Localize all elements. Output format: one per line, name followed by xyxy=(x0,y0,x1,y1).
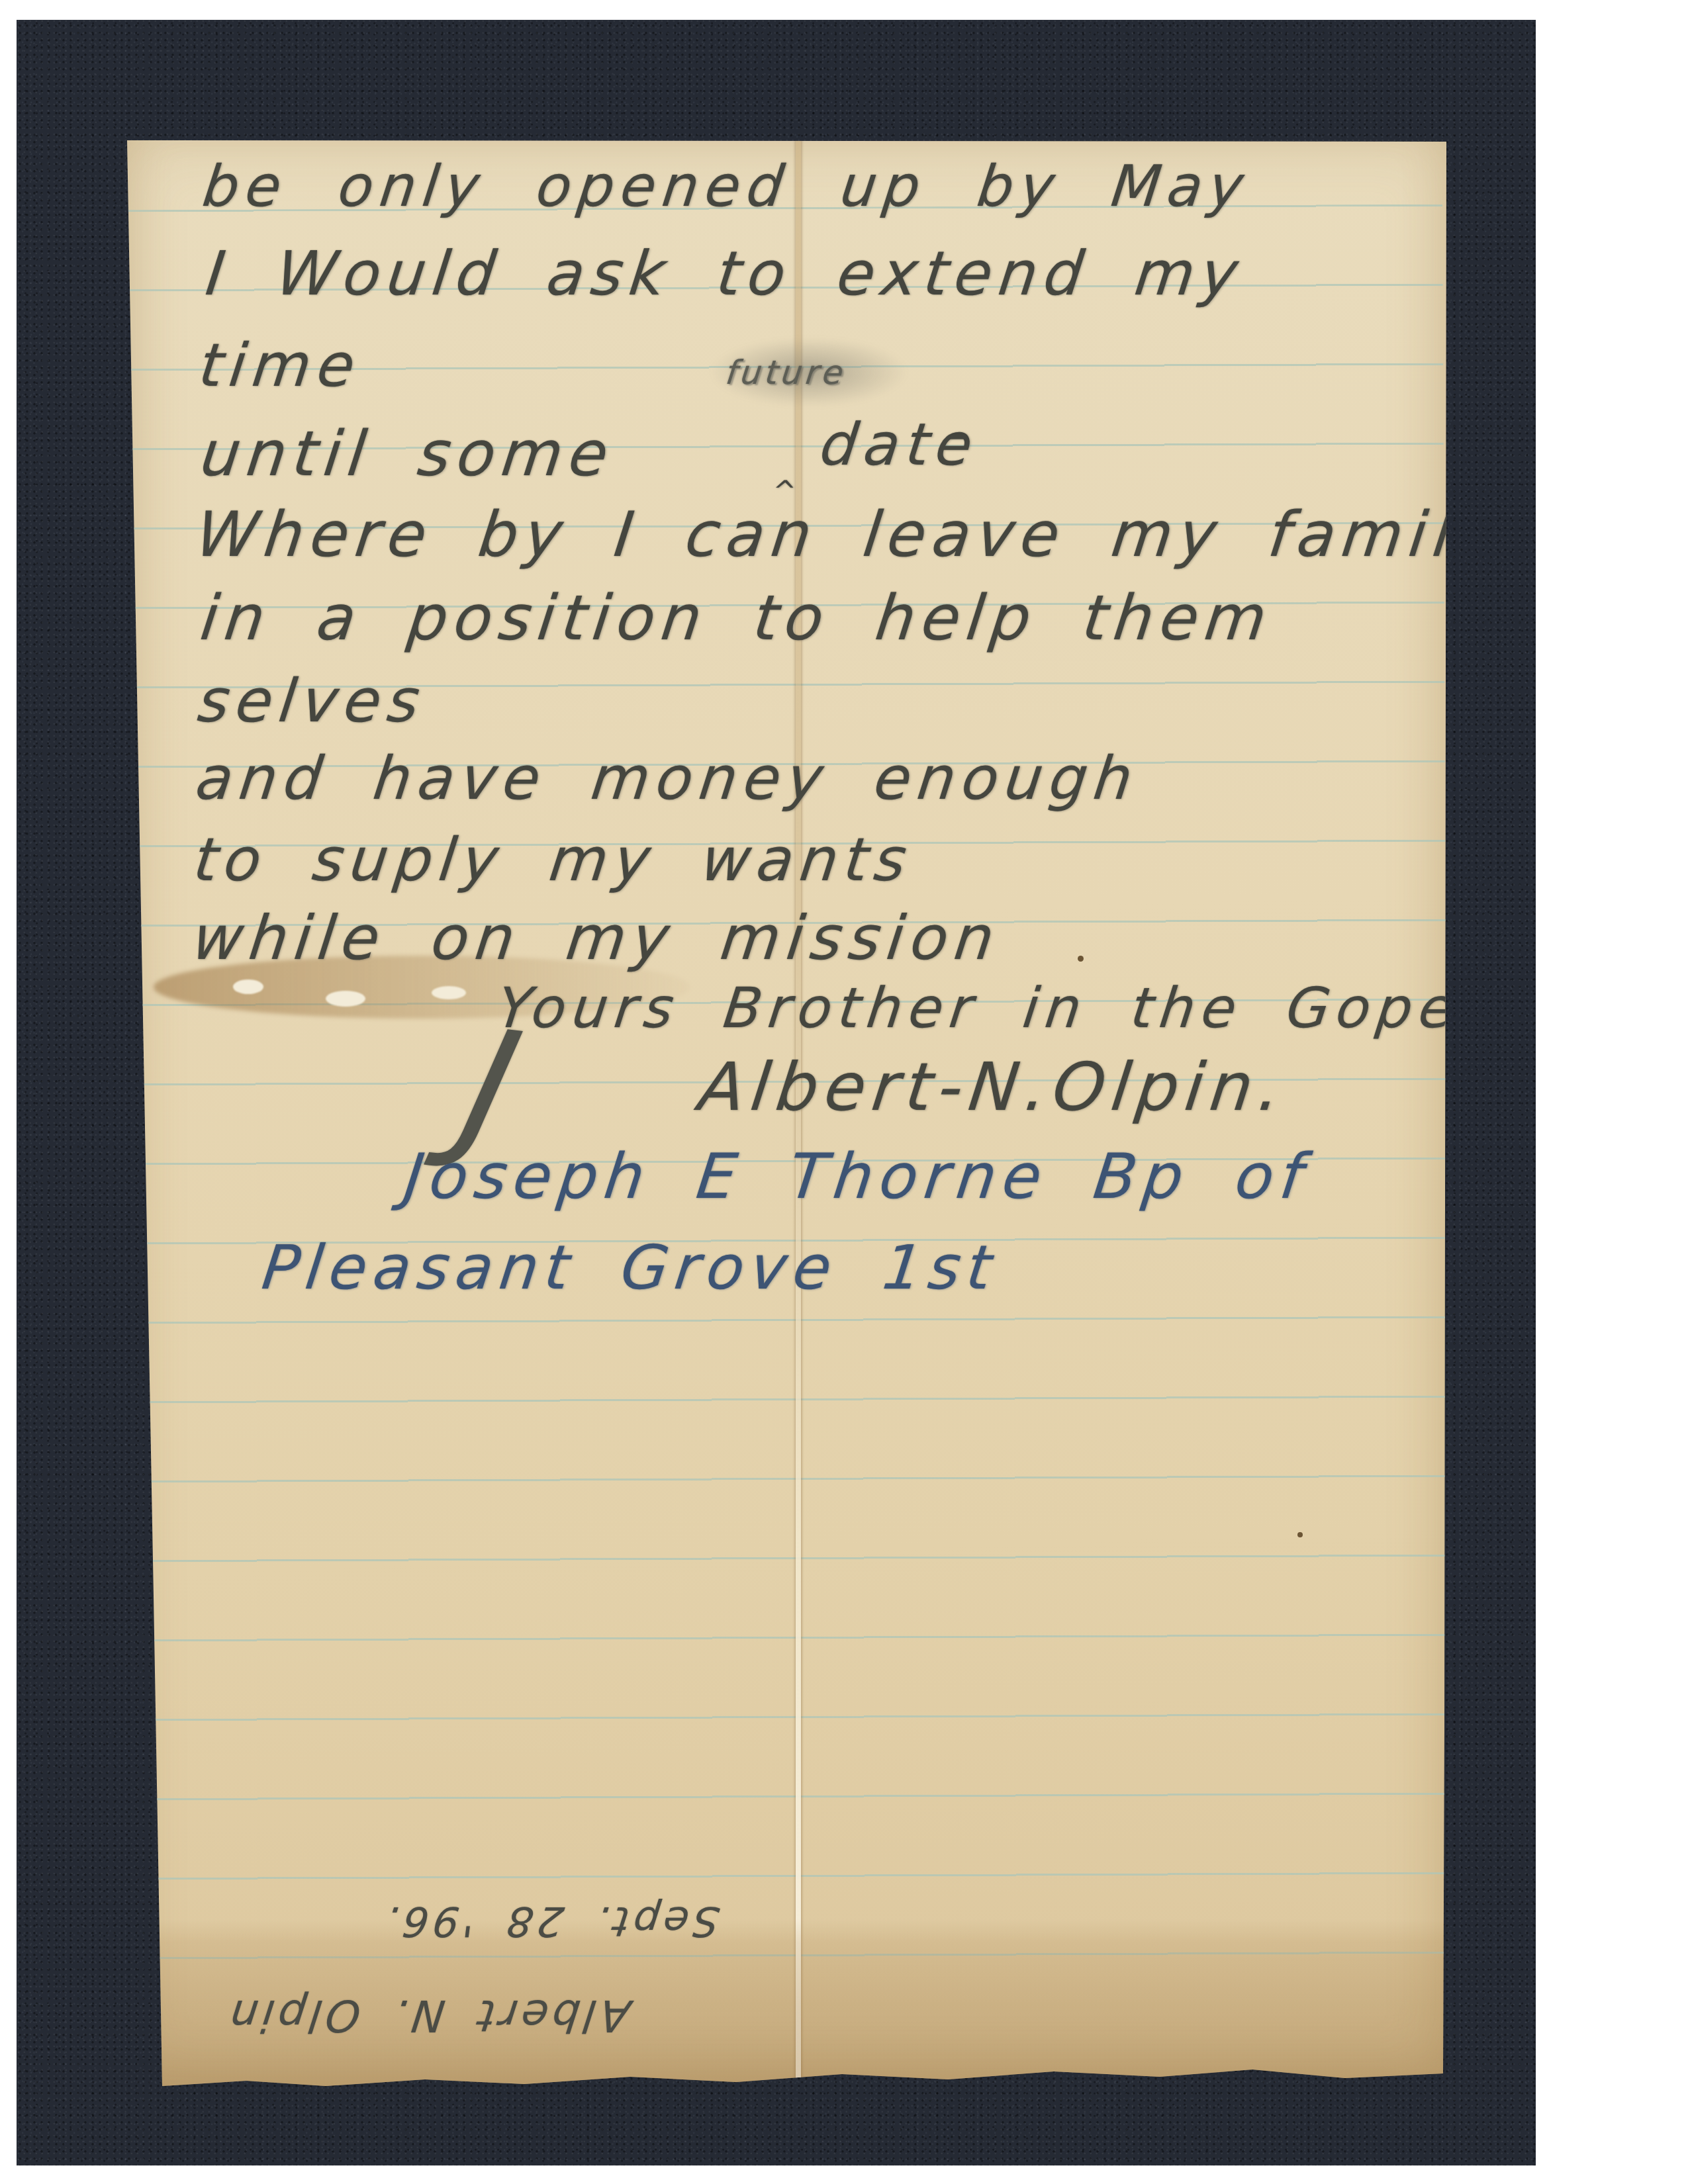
paper-damage-fleck xyxy=(326,991,365,1007)
pencil-signature: Albert-N.Olpin. xyxy=(695,1048,1291,1126)
paper-damage-fleck xyxy=(233,979,263,994)
endorsement-line-1: Joseph E Thorne Bp of xyxy=(400,1141,1313,1213)
closing-line: Yours Brother in the Gopel xyxy=(494,976,1486,1040)
letter-line-1: be only opened up by May xyxy=(199,154,1254,220)
foxing-speck xyxy=(1297,1532,1303,1537)
letter-paper: be only opened up by May I Would ask to … xyxy=(127,140,1446,2086)
inserted-word-future: future xyxy=(724,353,849,392)
letter-line-2: I Would ask to extend my xyxy=(202,238,1248,309)
letter-line-4: until some xyxy=(197,418,618,490)
letter-line-6: in a position to help them xyxy=(197,582,1277,655)
letter-line-3: time xyxy=(196,331,365,400)
letter-line-10: while on my mission xyxy=(189,903,1004,974)
letter-line-8: and have money enough xyxy=(193,744,1143,813)
scanned-letter-page: be only opened up by May I Would ask to … xyxy=(0,0,1688,2184)
paper-damage-fleck xyxy=(432,986,466,999)
letter-line-9: to suply my wants xyxy=(191,825,917,895)
letter-line-5: Where by I can leave my family xyxy=(192,499,1505,571)
endorsement-line-2: Pleasant Grove 1st xyxy=(258,1232,1002,1303)
background-mat: be only opened up by May I Would ask to … xyxy=(17,20,1536,2165)
docket-date-upside-down: Sept. 28 '96. xyxy=(379,1897,722,1946)
foxing-speck xyxy=(1078,956,1084,962)
docket-name-upside-down: Albert N. Olpin xyxy=(223,1990,633,2041)
letter-line-7: selves xyxy=(195,666,430,736)
